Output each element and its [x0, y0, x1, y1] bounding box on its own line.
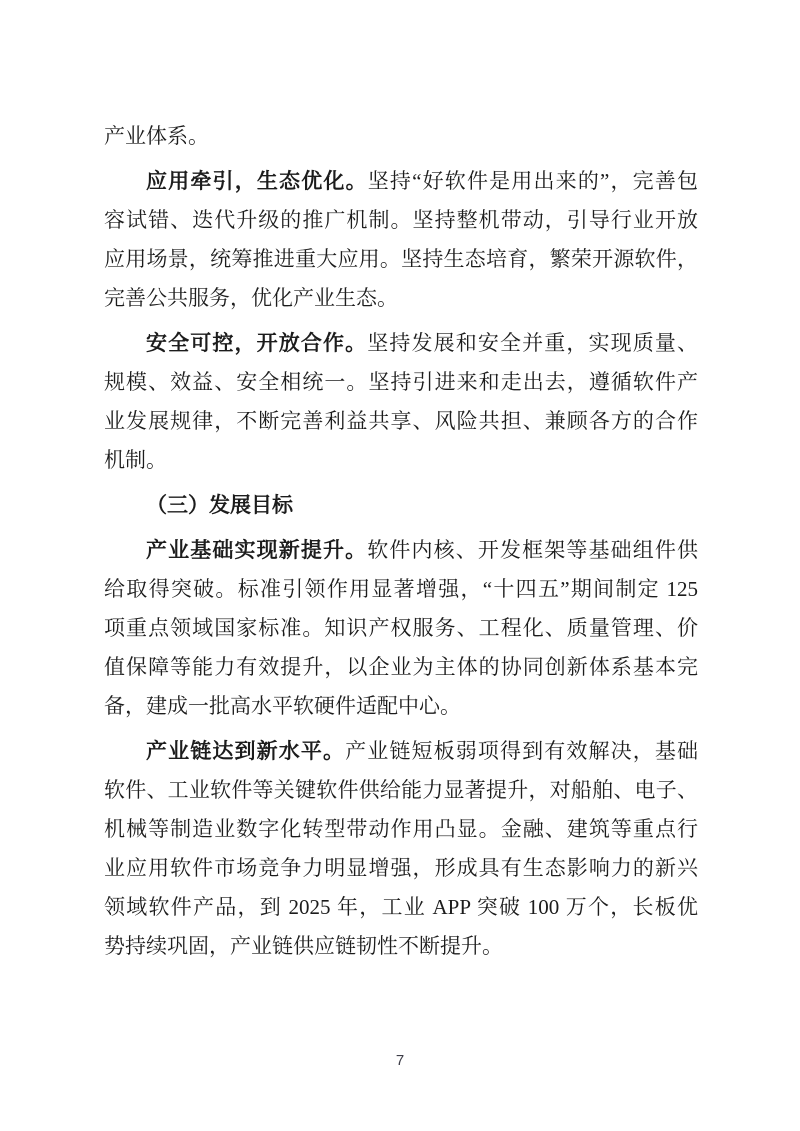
- text-line: 势持续巩固，产业链供应链韧性不断提升。: [104, 927, 698, 966]
- text-run: 坚持“好软件是用出来的”，完善包: [368, 169, 698, 193]
- text-run: 项重点领域国家标准。知识产权服务、工程化、质量管理、价: [104, 616, 698, 640]
- text-run: 产业链短板弱项得到有效解决，基础: [345, 739, 698, 763]
- document-page: 产业体系。应用牵引，生态优化。坚持“好软件是用出来的”，完善包容试错、迭代升级的…: [0, 0, 800, 1131]
- text-run: 产业体系。: [104, 124, 209, 148]
- section-heading: （三）发展目标: [104, 486, 698, 525]
- text-run: 软件、工业软件等关键软件供给能力显著提升，对船舶、电子、: [104, 778, 698, 802]
- text-line: 业应用软件市场竞争力明显增强，形成具有生态影响力的新兴: [104, 849, 698, 888]
- bold-text-run: 安全可控，开放合作。: [146, 331, 367, 355]
- text-line: 软件、工业软件等关键软件供给能力显著提升，对船舶、电子、: [104, 771, 698, 810]
- text-line: （三）发展目标: [104, 486, 698, 525]
- text-run: 应用场景，统筹推进重大应用。坚持生态培育，繁荣开源软件，: [104, 247, 698, 271]
- text-run: 领域软件产品，到 2025 年，工业 APP 突破 100 万个，长板优: [104, 895, 698, 919]
- text-line: 领域软件产品，到 2025 年，工业 APP 突破 100 万个，长板优: [104, 888, 698, 927]
- page-footer: 7: [0, 1052, 800, 1070]
- text-run: 软件内核、开发框架等基础组件供: [367, 538, 698, 562]
- text-line: 机械等制造业数字化转型带动作用凸显。金融、建筑等重点行: [104, 810, 698, 849]
- page-number: 7: [396, 1052, 404, 1069]
- text-run: 业发展规律，不断完善利益共享、风险共担、兼顾各方的合作: [104, 409, 698, 433]
- text-line: 产业基础实现新提升。软件内核、开发框架等基础组件供: [104, 531, 698, 570]
- document-body: 产业体系。应用牵引，生态优化。坚持“好软件是用出来的”，完善包容试错、迭代升级的…: [104, 117, 698, 972]
- text-line: 业发展规律，不断完善利益共享、风险共担、兼顾各方的合作: [104, 402, 698, 441]
- bold-text-run: 产业链达到新水平。: [146, 739, 345, 763]
- text-line: 项重点领域国家标准。知识产权服务、工程化、质量管理、价: [104, 609, 698, 648]
- text-line: 产业链达到新水平。产业链短板弱项得到有效解决，基础: [104, 732, 698, 771]
- text-run: 业应用软件市场竞争力明显增强，形成具有生态影响力的新兴: [104, 856, 698, 880]
- text-line: 机制。: [104, 441, 698, 480]
- text-run: 值保障等能力有效提升，以企业为主体的协同创新体系基本完: [104, 655, 698, 679]
- text-run: 机械等制造业数字化转型带动作用凸显。金融、建筑等重点行: [104, 817, 698, 841]
- text-run: 备，建成一批高水平软硬件适配中心。: [104, 694, 461, 718]
- bold-text-run: （三）发展目标: [146, 493, 293, 517]
- paragraph: 产业体系。: [104, 117, 698, 156]
- text-line: 给取得突破。标准引领作用显著增强，“十四五”期间制定 125: [104, 570, 698, 609]
- text-line: 应用牵引，生态优化。坚持“好软件是用出来的”，完善包: [104, 162, 698, 201]
- paragraph: 产业链达到新水平。产业链短板弱项得到有效解决，基础软件、工业软件等关键软件供给能…: [104, 732, 698, 966]
- text-line: 备，建成一批高水平软硬件适配中心。: [104, 687, 698, 726]
- bold-text-run: 产业基础实现新提升。: [146, 538, 367, 562]
- text-line: 值保障等能力有效提升，以企业为主体的协同创新体系基本完: [104, 648, 698, 687]
- text-run: 完善公共服务，优化产业生态。: [104, 286, 398, 310]
- paragraph: 产业基础实现新提升。软件内核、开发框架等基础组件供给取得突破。标准引领作用显著增…: [104, 531, 698, 726]
- text-line: 规模、效益、安全相统一。坚持引进来和走出去，遵循软件产: [104, 363, 698, 402]
- text-run: 势持续巩固，产业链供应链韧性不断提升。: [104, 934, 503, 958]
- text-run: 容试错、迭代升级的推广机制。坚持整机带动，引导行业开放: [104, 208, 698, 232]
- text-run: 机制。: [104, 448, 167, 472]
- text-line: 容试错、迭代升级的推广机制。坚持整机带动，引导行业开放: [104, 201, 698, 240]
- text-line: 安全可控，开放合作。坚持发展和安全并重，实现质量、: [104, 324, 698, 363]
- text-line: 产业体系。: [104, 117, 698, 156]
- text-run: 规模、效益、安全相统一。坚持引进来和走出去，遵循软件产: [104, 370, 698, 394]
- text-run: 给取得突破。标准引领作用显著增强，“十四五”期间制定 125: [104, 577, 698, 601]
- bold-text-run: 应用牵引，生态优化。: [146, 169, 368, 193]
- paragraph: 应用牵引，生态优化。坚持“好软件是用出来的”，完善包容试错、迭代升级的推广机制。…: [104, 162, 698, 318]
- text-run: 坚持发展和安全并重，实现质量、: [367, 331, 698, 355]
- text-line: 完善公共服务，优化产业生态。: [104, 279, 698, 318]
- paragraph: 安全可控，开放合作。坚持发展和安全并重，实现质量、规模、效益、安全相统一。坚持引…: [104, 324, 698, 480]
- text-line: 应用场景，统筹推进重大应用。坚持生态培育，繁荣开源软件，: [104, 240, 698, 279]
